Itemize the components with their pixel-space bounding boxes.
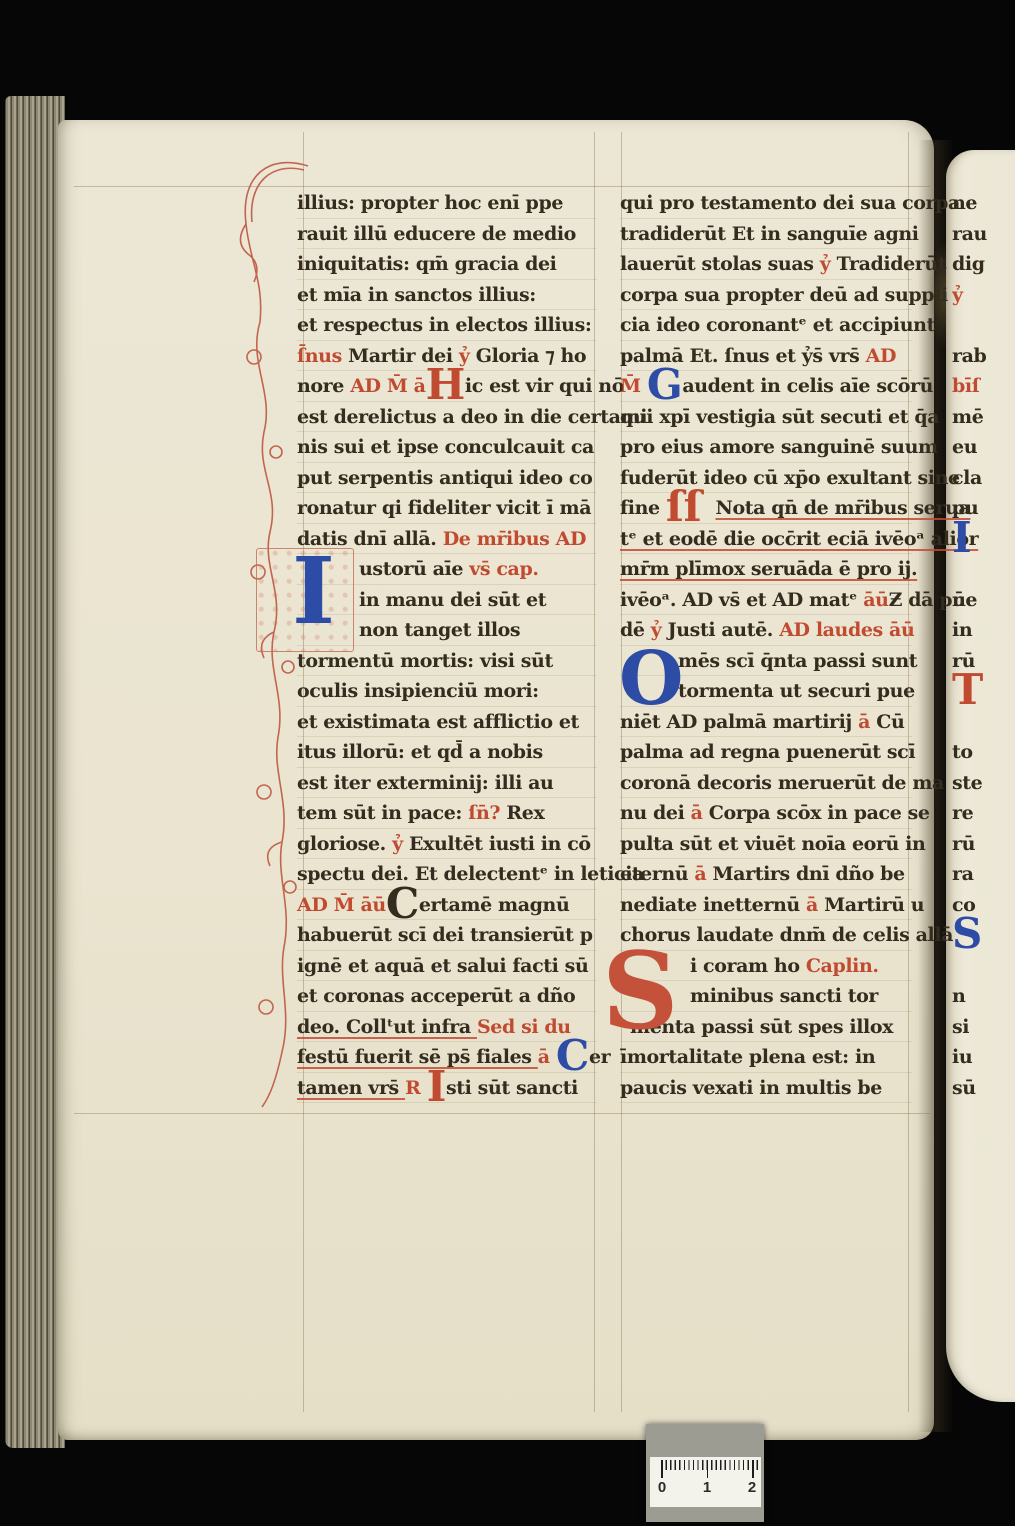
text-line: n bbox=[952, 981, 1015, 1012]
text-segment: corpa sua propter deū ad suppli bbox=[620, 284, 948, 306]
text-line: bīſ bbox=[952, 371, 1015, 402]
text-line: mr̄m plīmox seruāda ē pro ij. bbox=[620, 554, 912, 585]
text-line: illius: propter hoc enī ppe bbox=[297, 188, 597, 219]
text-line: ste bbox=[952, 768, 1015, 799]
text-segment: qui xpī vestigia sūt secuti et q̄a bbox=[620, 406, 939, 428]
ruler: 0 1 2 bbox=[646, 1424, 764, 1522]
text-segment: Nota qn̄ de mr̄ibus serua bbox=[715, 497, 970, 519]
text-segment: āū bbox=[863, 589, 888, 611]
text-segment: cla bbox=[952, 467, 982, 489]
ruler-number: 1 bbox=[698, 1479, 716, 1496]
text-segment: nis sui et ipse conculcauit ca bbox=[297, 436, 594, 458]
ruler-scale: 0 1 2 bbox=[650, 1457, 761, 1507]
text-segment: iniquitatis: qm̄ gracia dei bbox=[297, 253, 557, 275]
text-segment: I bbox=[427, 1062, 446, 1111]
illuminated-initial-S: S bbox=[602, 938, 679, 1044]
text-segment: et mīa in sanctos illius: bbox=[297, 284, 536, 306]
text-segment: AD M̄ āū bbox=[297, 894, 386, 916]
text-segment: et existimata est afflictio et bbox=[297, 711, 579, 733]
text-segment: ā bbox=[858, 711, 876, 733]
text-line: in bbox=[952, 615, 1015, 646]
text-line: palma ad regna puenerūt scī bbox=[620, 737, 912, 768]
text-line: put serpentis antiqui ideo co bbox=[297, 463, 597, 494]
text-line: T bbox=[952, 676, 1015, 707]
text-line: eu bbox=[952, 432, 1015, 463]
text-segment: Gloria ⁊ ho bbox=[476, 345, 586, 367]
text-line: si bbox=[952, 1012, 1015, 1043]
text-segment: fine bbox=[620, 497, 666, 519]
text-segment: mē bbox=[952, 406, 983, 428]
text-segment: eternū bbox=[620, 863, 694, 885]
text-segment: oculis insipienciū mori: bbox=[297, 680, 539, 702]
text-segment: habuerūt scī dei transierūt p bbox=[297, 924, 593, 946]
text-segment: mēs scī q̄nta passi sunt bbox=[678, 650, 917, 672]
text-segment: ivēoᵃ. AD vs̄ et AD matᵉ bbox=[620, 589, 863, 611]
text-line: nore AD M̄ āHic est vir qui nō bbox=[297, 371, 597, 402]
ruler-mm-ticks bbox=[661, 1460, 760, 1470]
text-segment: pro eius amore sanguinē suum bbox=[620, 436, 938, 458]
text-line: est derelictus a deo in die certami bbox=[297, 402, 597, 433]
text-line: et existimata est afflictio et bbox=[297, 707, 597, 738]
text-line: pro eius amore sanguinē suum bbox=[620, 432, 912, 463]
text-segment: pulta sūt et viuēt noīa eorū in bbox=[620, 833, 925, 855]
text-segment: S bbox=[952, 909, 982, 958]
text-line: rauit illū educere de medio bbox=[297, 219, 597, 250]
ruler-cm-tick bbox=[707, 1460, 709, 1478]
text-segment: sti sūt sancti bbox=[446, 1077, 578, 1099]
text-segment: i coram ho bbox=[690, 955, 806, 977]
text-segment: ic est vir qui nō bbox=[465, 375, 624, 397]
text-segment: Tradiderūt bbox=[837, 253, 947, 275]
text-line: oculis insipienciū mori: bbox=[297, 676, 597, 707]
text-line: gloriose. ỷ Exultēt iusti in cō bbox=[297, 829, 597, 860]
text-line: cla bbox=[952, 463, 1015, 494]
text-segment: n bbox=[952, 985, 965, 1007]
text-line: est iter exterminij: illi au bbox=[297, 768, 597, 799]
text-line: re bbox=[952, 798, 1015, 829]
text-segment: ſn̄? bbox=[468, 802, 506, 824]
text-line: itus illorū: et qd̄ a nobis bbox=[297, 737, 597, 768]
text-segment: deo. Collᵗut infra bbox=[297, 1016, 477, 1038]
illuminated-initial-O: O bbox=[619, 642, 683, 716]
text-segment: est derelictus a deo in die certami bbox=[297, 406, 647, 428]
text-segment: tem sūt in pace: bbox=[297, 802, 468, 824]
text-segment: Martirū u bbox=[824, 894, 924, 916]
text-segment: rauit illū educere de medio bbox=[297, 223, 576, 245]
text-segment: ā bbox=[538, 1046, 556, 1068]
text-segment: I bbox=[952, 513, 971, 562]
text-segment: tamen vrs̄ bbox=[297, 1077, 405, 1099]
text-segment: ỷ bbox=[952, 284, 963, 306]
text-segment: sū bbox=[952, 1077, 976, 1099]
text-line: et respectus in electos illius: bbox=[297, 310, 597, 341]
text-segment: dig bbox=[952, 253, 985, 275]
text-line: qui pro testamento dei sua corpa bbox=[620, 188, 912, 219]
text-segment: Martirs dnī dño be bbox=[713, 863, 905, 885]
text-segment: illius: propter hoc enī ppe bbox=[297, 192, 563, 214]
text-segment: ertamē magnū bbox=[419, 894, 570, 916]
text-segment: R bbox=[405, 1077, 427, 1099]
text-segment: qui pro testamento dei sua corpa bbox=[620, 192, 960, 214]
text-line: iniquitatis: qm̄ gracia dei bbox=[297, 249, 597, 280]
ruling-line-horizontal bbox=[74, 186, 930, 187]
text-line: ỷ bbox=[952, 280, 1015, 311]
text-line: ivēoᵃ. AD vs̄ et AD matᵉ āūƵ dā pū bbox=[620, 585, 912, 616]
text-line: cia ideo coronantᵉ et accipiunt bbox=[620, 310, 912, 341]
text-segment: rab bbox=[952, 345, 986, 367]
text-segment: rū bbox=[952, 833, 975, 855]
text-segment: si bbox=[952, 1016, 969, 1038]
text-segment: tradiderūt Et in sanguīe agni bbox=[620, 223, 919, 245]
text-segment: Rex bbox=[506, 802, 544, 824]
text-line: ronatur qi fideliter vicit ī mā bbox=[297, 493, 597, 524]
text-line bbox=[952, 310, 1015, 341]
text-segment: spectu dei. Et delectentᵉ in leticia bbox=[297, 863, 644, 885]
text-line: S bbox=[952, 920, 1015, 951]
text-line: ignē et aquā et salui facti sū bbox=[297, 951, 597, 982]
text-segment: rau bbox=[952, 223, 987, 245]
text-segment: tᵉ et eodē die occ̄rit eciā ivēoᵃ alior bbox=[620, 528, 978, 550]
illuminated-initial-I: I bbox=[292, 545, 335, 637]
text-segment: festū fuerit sē ps̄ fiales bbox=[297, 1046, 538, 1068]
text-line: AD M̄ āūCertamē magnū bbox=[297, 890, 597, 921]
text-line: I bbox=[952, 524, 1015, 555]
text-segment: ỷ bbox=[392, 833, 409, 855]
ruler-number: 2 bbox=[743, 1479, 761, 1496]
text-line: eternū ā Martirs dnī dño be bbox=[620, 859, 912, 890]
text-segment: Caplin. bbox=[806, 955, 879, 977]
text-segment: M̄ bbox=[620, 375, 647, 397]
text-segment: AD bbox=[866, 345, 896, 367]
text-segment: gloriose. bbox=[297, 833, 392, 855]
text-segment: vs̄ cap. bbox=[469, 558, 538, 580]
text-segment: nu dei bbox=[620, 802, 691, 824]
next-page-partial-column: neraudigỷrabbīſmēeuclapuIneinrūTtosterer… bbox=[952, 188, 1015, 1103]
ruler-cm-tick bbox=[661, 1460, 663, 1478]
text-line: corpa sua propter deū ad suppli bbox=[620, 280, 912, 311]
text-segment: ne bbox=[952, 192, 977, 214]
text-line: ra bbox=[952, 859, 1015, 890]
text-segment: T bbox=[952, 665, 983, 714]
text-line: tamen vrs̄ R Isti sūt sancti bbox=[297, 1073, 597, 1104]
text-segment: ſ̄nus bbox=[297, 345, 348, 367]
text-segment: est iter exterminij: illi au bbox=[297, 772, 553, 794]
text-segment: ustorū aīe bbox=[359, 558, 469, 580]
text-line: habuerūt scī dei transierūt p bbox=[297, 920, 597, 951]
text-line: M̄ Gaudent in celis aīe scōrū bbox=[620, 371, 912, 402]
text-segment: ā bbox=[694, 863, 712, 885]
text-line: ne bbox=[952, 188, 1015, 219]
text-segment: palma ad regna puenerūt scī bbox=[620, 741, 915, 763]
text-line: dig bbox=[952, 249, 1015, 280]
text-segment: to bbox=[952, 741, 973, 763]
text-segment: minibus sancti tor bbox=[690, 985, 878, 1007]
text-line: et mīa in sanctos illius: bbox=[297, 280, 597, 311]
text-line: rau bbox=[952, 219, 1015, 250]
text-line: nediate inetternū ā Martirū u bbox=[620, 890, 912, 921]
text-line: et coronas acceperūt a dño bbox=[297, 981, 597, 1012]
text-segment: coronā decoris meruerūt de ma bbox=[620, 772, 944, 794]
text-segment: De mr̄ibus AD bbox=[443, 528, 586, 550]
text-segment: AD M̄ ā bbox=[350, 375, 425, 397]
text-segment: Justi autē. bbox=[668, 619, 780, 641]
text-line: tᵉ et eodē die occ̄rit eciā ivēoᵃ alior bbox=[620, 524, 912, 555]
text-segment: ā bbox=[806, 894, 824, 916]
text-line: lauerūt stolas suas ỷ Tradiderūt bbox=[620, 249, 912, 280]
book-page-stack-edge bbox=[5, 96, 65, 1448]
text-segment: ste bbox=[952, 772, 982, 794]
text-segment: in manu dei sūt et bbox=[359, 589, 546, 611]
text-segment: cia ideo coronantᵉ et accipiunt bbox=[620, 314, 935, 336]
text-segment: AD laudes āū bbox=[779, 619, 914, 641]
text-segment: put serpentis antiqui ideo co bbox=[297, 467, 592, 489]
text-line: coronā decoris meruerūt de ma bbox=[620, 768, 912, 799]
text-segment: bīſ bbox=[952, 375, 979, 397]
text-segment: iu bbox=[952, 1046, 972, 1068]
text-segment: re bbox=[952, 802, 973, 824]
text-segment: paucis vexati in multis be bbox=[620, 1077, 882, 1099]
text-line: nis sui et ipse conculcauit ca bbox=[297, 432, 597, 463]
text-line: festū fuerit sē ps̄ fiales ā Cer bbox=[297, 1042, 597, 1073]
text-segment: tormenta ut securi pue bbox=[678, 680, 915, 702]
text-segment: nore bbox=[297, 375, 350, 397]
text-segment: nediate inetternū bbox=[620, 894, 806, 916]
text-segment: ignē et aquā et salui facti sū bbox=[297, 955, 588, 977]
text-line: sū bbox=[952, 1073, 1015, 1104]
text-line: paucis vexati in multis be bbox=[620, 1073, 912, 1104]
text-line: mē bbox=[952, 402, 1015, 433]
ruler-cm-tick bbox=[752, 1460, 754, 1478]
text-segment: lauerūt stolas suas bbox=[620, 253, 820, 275]
text-segment: et respectus in electos illius: bbox=[297, 314, 592, 336]
text-line: to bbox=[952, 737, 1015, 768]
text-segment: non tanget illos bbox=[359, 619, 520, 641]
text-segment: mr̄m plīmox seruāda ē pro ij. bbox=[620, 558, 917, 580]
text-segment: Corpa scōx in pace se bbox=[709, 802, 930, 824]
text-segment: Cū bbox=[876, 711, 904, 733]
manuscript-photo: illius: propter hoc enī pperauit illū ed… bbox=[0, 0, 1015, 1526]
text-line: deo. Collᵗut infra Sed si du bbox=[297, 1012, 597, 1043]
text-line: tem sūt in pace: ſn̄? Rex bbox=[297, 798, 597, 829]
text-segment: eu bbox=[952, 436, 977, 458]
text-line: rab bbox=[952, 341, 1015, 372]
text-line: pulta sūt et viuēt noīa eorū in bbox=[620, 829, 912, 860]
text-line: fuderūt ideo cū xp̄o exultant sine bbox=[620, 463, 912, 494]
ruling-line-horizontal bbox=[74, 1113, 930, 1114]
text-segment: ronatur qi fideliter vicit ī mā bbox=[297, 497, 591, 519]
text-segment: itus illorū: et qd̄ a nobis bbox=[297, 741, 543, 763]
text-line: ne bbox=[952, 585, 1015, 616]
text-line: iu bbox=[952, 1042, 1015, 1073]
text-segment: ā bbox=[691, 802, 709, 824]
text-segment: ra bbox=[952, 863, 974, 885]
text-line: tradiderūt Et in sanguīe agni bbox=[620, 219, 912, 250]
text-line: fine ſſ Nota qn̄ de mr̄ibus serua bbox=[620, 493, 912, 524]
text-segment: ne bbox=[952, 589, 977, 611]
text-segment: et coronas acceperūt a dño bbox=[297, 985, 575, 1007]
text-segment: audent in celis aīe scōrū bbox=[682, 375, 933, 397]
text-line: spectu dei. Et delectentᵉ in leticia bbox=[297, 859, 597, 890]
text-segment: Exultēt iusti in cō bbox=[409, 833, 591, 855]
text-segment: in bbox=[952, 619, 972, 641]
text-segment: ỷ bbox=[820, 253, 837, 275]
text-line: rū bbox=[952, 829, 1015, 860]
text-line: nu dei ā Corpa scōx in pace se bbox=[620, 798, 912, 829]
ruler-number: 0 bbox=[653, 1479, 671, 1496]
text-line: qui xpī vestigia sūt secuti et q̄a bbox=[620, 402, 912, 433]
text-segment: tormentū mortis: visi sūt bbox=[297, 650, 553, 672]
